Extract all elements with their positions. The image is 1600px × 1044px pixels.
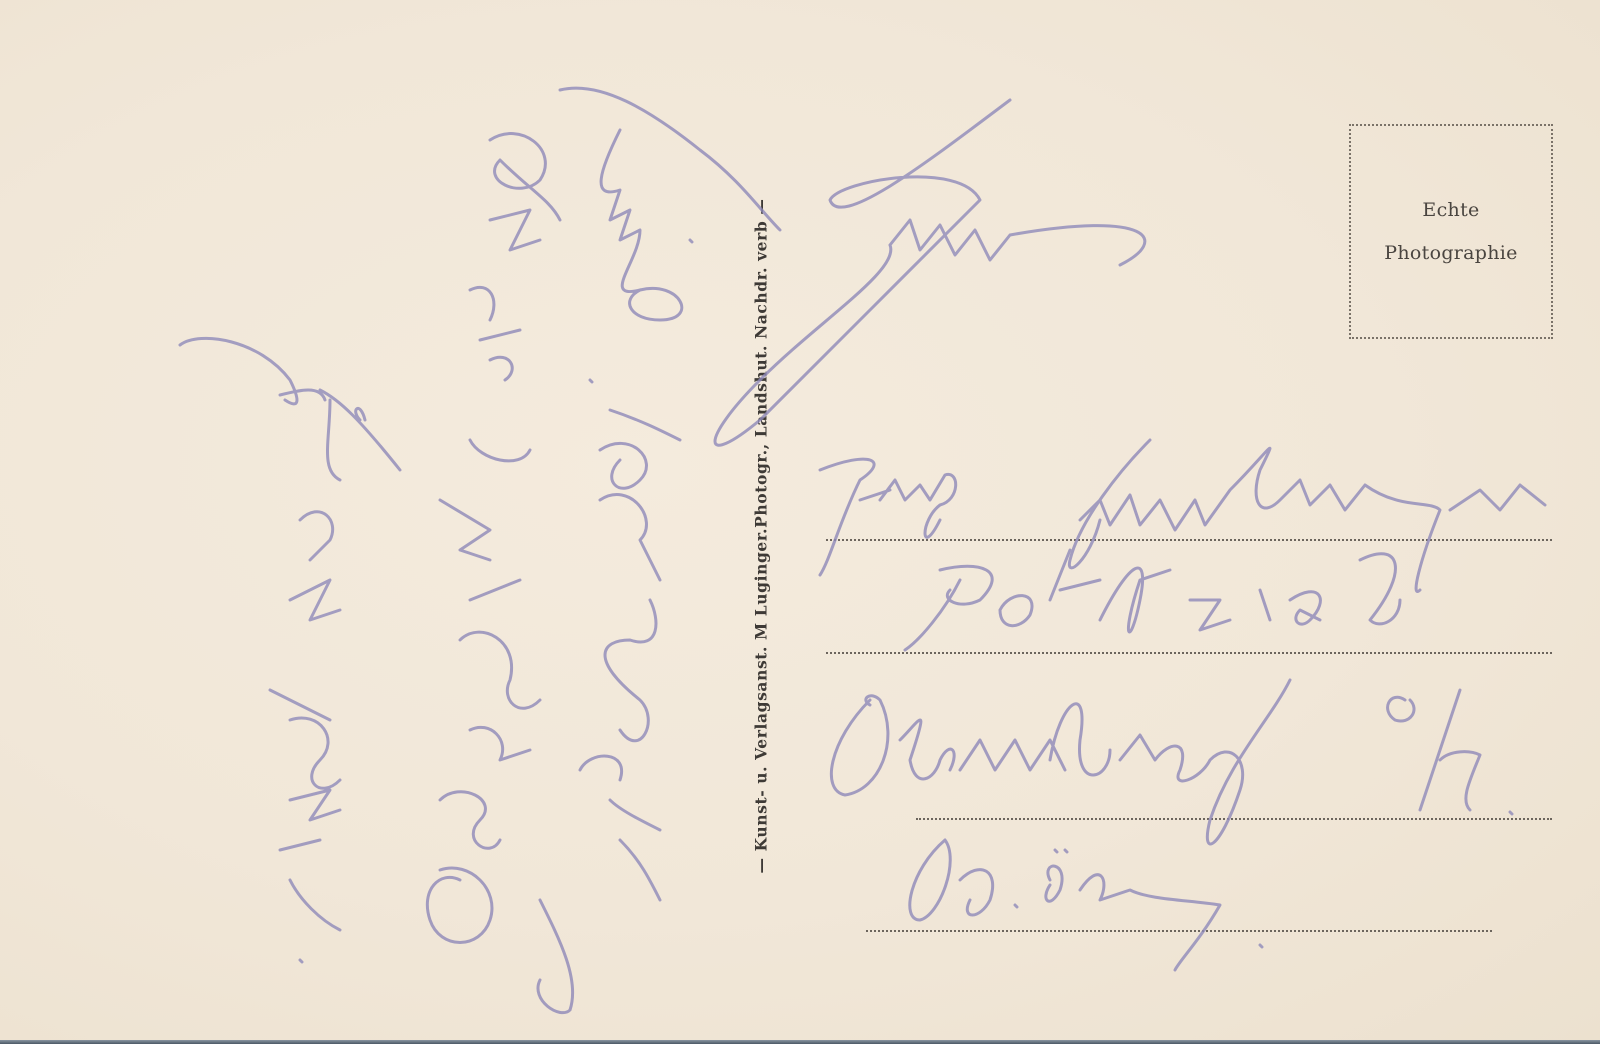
stamp-box-line-2: Photographie [1384,232,1517,275]
publisher-imprint: — Kunst- u. Verlagsanst. M Luginger.Phot… [752,199,771,874]
address-salutation: Herrn [0,0,1,1]
address-line-3 [916,818,1552,820]
message-line-1: Gruß. Vellern 2. (1919) [0,0,1,1]
message-signature: Sigmund [0,0,1,1]
scan-edge [0,1040,1600,1044]
postcard-back: Echte Photographie — Kunst- u. Verlagsan… [0,0,1600,1040]
address-line-1 [826,539,1552,541]
stamp-box-line-1: Echte [1422,189,1479,232]
address-name: Fritz Gschwendinger [0,0,1,1]
address-line-4 [866,930,1492,932]
stamp-box: Echte Photographie [1349,124,1553,339]
message-line-2: Ihr Fritz Pütner [0,0,1,1]
address-line-2 [826,652,1552,654]
address-town: Obernberg a/J. [0,0,1,1]
address-title: Postoffizial [0,0,1,1]
address-region: Ob.Öst. [0,0,1,1]
